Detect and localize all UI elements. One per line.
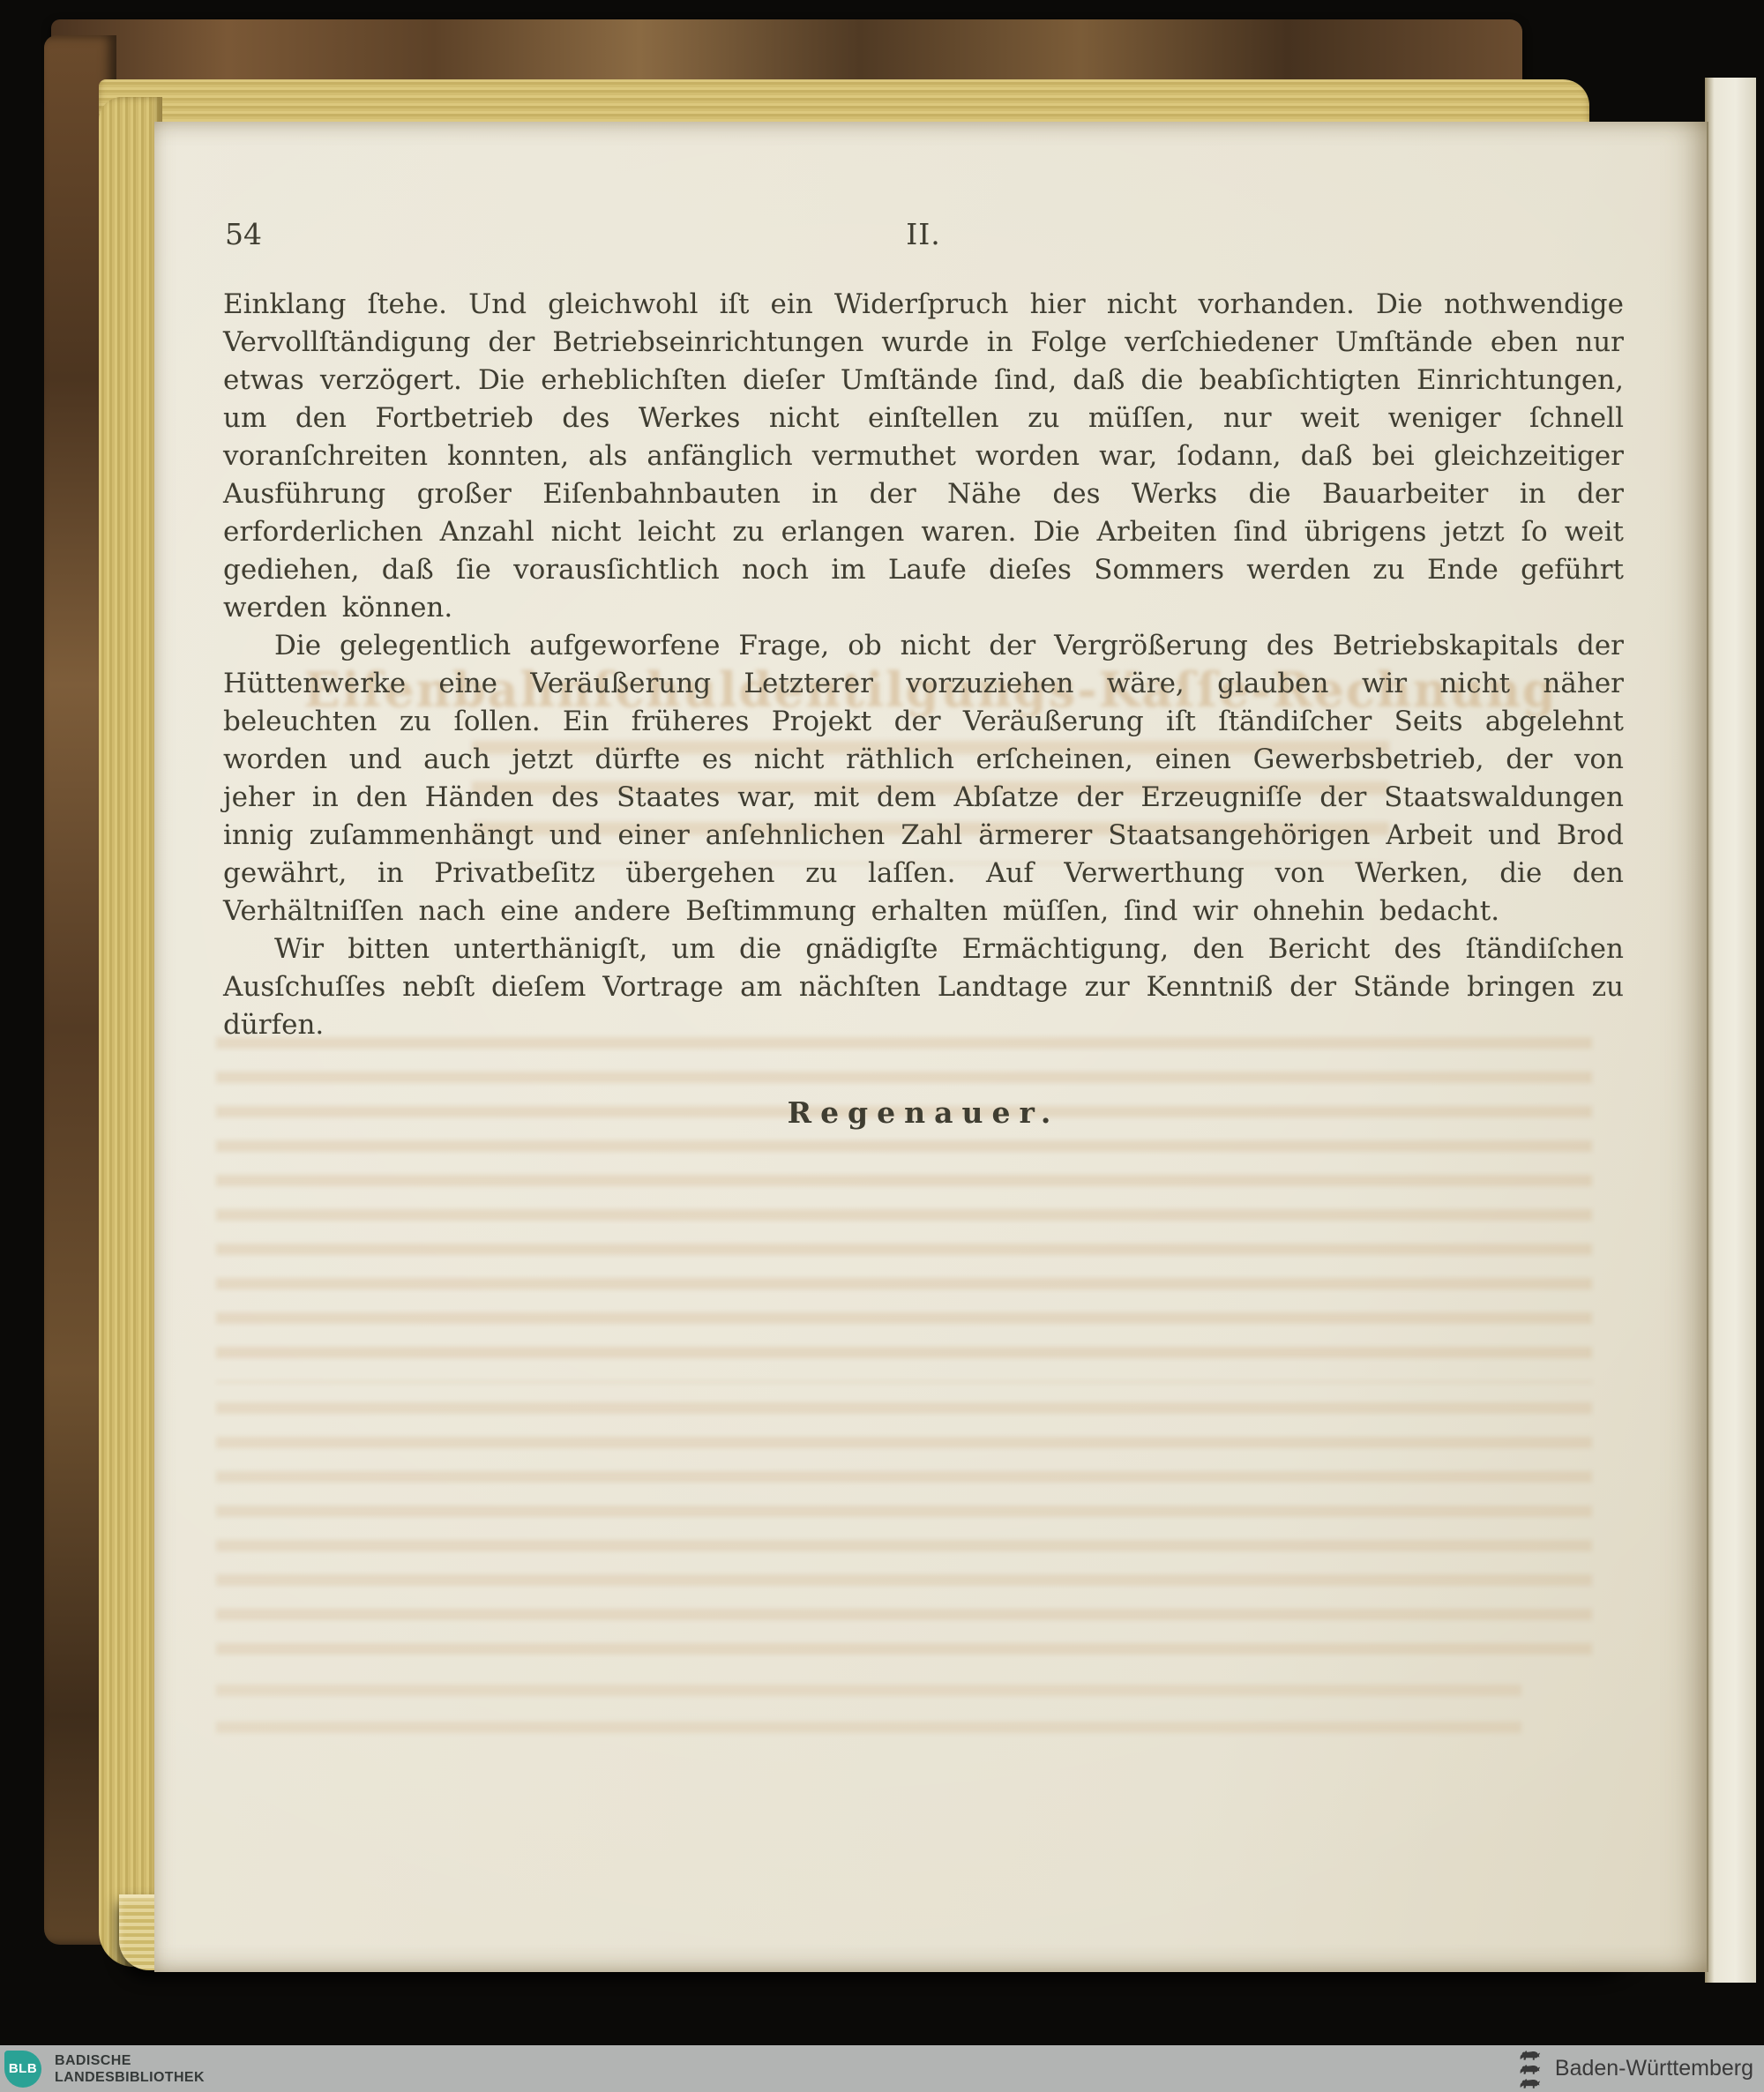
book-scan-photo: Eiſenbahnſchuldentilgungs-Kaſſe-Rechnung… bbox=[0, 0, 1764, 2092]
page-header: 54 II. bbox=[223, 217, 1624, 259]
text-block: 54 II. Einklang ſtehe. Und gleichwohl iſ… bbox=[223, 217, 1624, 1130]
library-footer-bar: BLB BADISCHE LANDESBIBLIOTHEK Baden-Würt… bbox=[0, 2045, 1764, 2092]
library-name: BADISCHE LANDESBIBLIOTHEK bbox=[55, 2052, 205, 2086]
paragraph: Einklang ſtehe. Und gleichwohl iſt ein W… bbox=[223, 286, 1624, 627]
page-number: 54 bbox=[225, 217, 262, 251]
library-name-line1: BADISCHE bbox=[55, 2052, 205, 2069]
chapter-heading: II. bbox=[906, 217, 941, 251]
blb-logo-text: BLB bbox=[9, 2061, 37, 2076]
paragraph: Die gelegentlich aufgeworfene Frage, ob … bbox=[223, 627, 1624, 930]
bleedthrough-text-block bbox=[216, 1685, 1521, 1746]
bleedthrough-text-block bbox=[216, 1402, 1592, 1656]
facing-page-sliver bbox=[1705, 78, 1756, 1983]
library-branding: BLB BADISCHE LANDESBIBLIOTHEK bbox=[0, 2051, 205, 2088]
paragraph: Wir bitten unterthänigſt, um die gnädigſ… bbox=[223, 930, 1624, 1044]
library-name-line2: LANDESBIBLIOTHEK bbox=[55, 2069, 205, 2086]
state-name: Baden-Württemberg bbox=[1555, 2056, 1753, 2081]
coat-of-arms-three-lions-icon bbox=[1514, 2049, 1544, 2089]
signature-name: Regenauer. bbox=[223, 1095, 1624, 1130]
book-page: Eiſenbahnſchuldentilgungs-Kaſſe-Rechnung… bbox=[154, 122, 1708, 1972]
state-branding: Baden-Württemberg bbox=[1514, 2049, 1764, 2089]
blb-logo-icon: BLB bbox=[4, 2051, 41, 2088]
page-edges-fore-edge bbox=[99, 97, 162, 1967]
